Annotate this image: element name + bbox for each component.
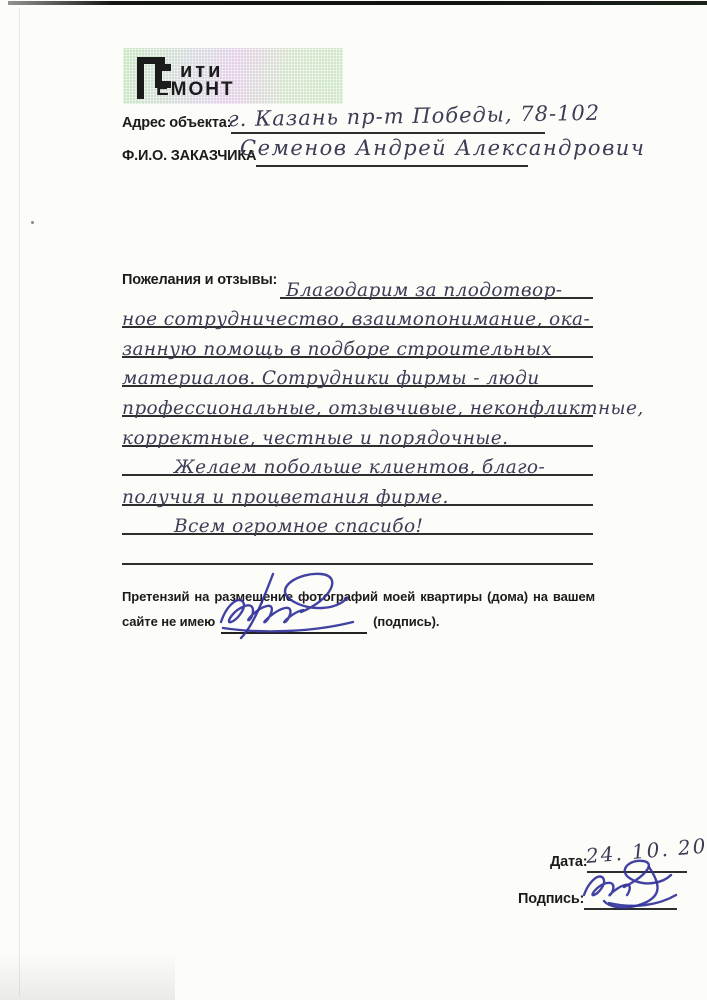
review-handwriting: материалов. Сотрудники фирмы - люди xyxy=(122,368,540,389)
review-handwriting: Всем огромное спасибо! xyxy=(122,516,423,537)
review-handwriting: Благодарим за плодотвор- xyxy=(280,280,562,301)
signature-field: Подпись: xyxy=(518,889,677,910)
review-ruled-line xyxy=(122,535,593,565)
signature-rule-line xyxy=(584,889,677,910)
review-lines: Благодарим за плодотвор- ное сотрудничес… xyxy=(122,269,593,565)
review-ruled-line: занную помощь в подборе строительных xyxy=(122,328,593,358)
customer-field: Ф.И.О. ЗАКАЗЧИКА Семенов Андрей Александ… xyxy=(122,143,528,167)
scanned-feedback-form: ити ЕМОНТ Адрес объекта: г. Казань пр-т … xyxy=(0,0,707,1000)
signature-scribble-icon xyxy=(213,570,363,642)
review-ruled-line: корректные, честные и порядочные. xyxy=(122,417,593,447)
logo-word-bottom: ЕМОНТ xyxy=(156,79,235,101)
review-handwriting: получия и процветания фирме. xyxy=(122,487,449,508)
review-handwriting: ное сотрудничество, взаимопонимание, ока… xyxy=(122,309,590,330)
scan-speck xyxy=(31,221,34,224)
review-ruled-line: Желаем побольше клиентов, благо- xyxy=(122,447,593,477)
city-remont-logo: ити ЕМОНТ xyxy=(123,48,343,104)
review-ruled-line: материалов. Сотрудники фирмы - люди xyxy=(122,358,593,388)
review-ruled-line: ное сотрудничество, взаимопонимание, ока… xyxy=(122,299,593,329)
scan-left-edge-artifact xyxy=(19,8,20,996)
address-field: Адрес объекта: г. Казань пр-т Победы, 78… xyxy=(122,110,545,134)
review-handwriting: занную помощь в подборе строительных xyxy=(122,339,552,360)
review-handwriting: корректные, честные и порядочные. xyxy=(122,428,508,449)
disclaimer-line2-suffix: (подпись). xyxy=(373,609,439,634)
customer-label: Ф.И.О. ЗАКАЗЧИКА xyxy=(122,148,256,167)
photo-disclaimer: Претензий на размещение фотографий моей … xyxy=(122,584,595,634)
review-ruled-line: Всем огромное спасибо! xyxy=(122,506,593,536)
address-label: Адрес объекта: xyxy=(122,115,231,134)
review-ruled-line: получия и процветания фирме. xyxy=(122,476,593,506)
review-ruled-line: профессиональные, отзывчивые, неконфликт… xyxy=(122,387,593,417)
disclaimer-line2: сайте не имею (подпись). xyxy=(122,609,595,634)
disclaimer-signature-line xyxy=(221,614,367,634)
signature-scribble-icon xyxy=(579,857,681,913)
review-handwriting: Желаем побольше клиентов, благо- xyxy=(122,457,545,478)
disclaimer-line2-prefix: сайте не имею xyxy=(122,609,215,634)
customer-handwritten-value: Семенов Андрей Александрович xyxy=(240,136,645,160)
signature-label: Подпись: xyxy=(518,891,584,910)
review-ruled-line: Благодарим за плодотвор- xyxy=(280,269,593,299)
scan-top-edge-artifact xyxy=(8,1,707,5)
review-handwriting: профессиональные, отзывчивые, неконфликт… xyxy=(122,398,644,419)
scan-corner-shadow xyxy=(0,952,175,1000)
